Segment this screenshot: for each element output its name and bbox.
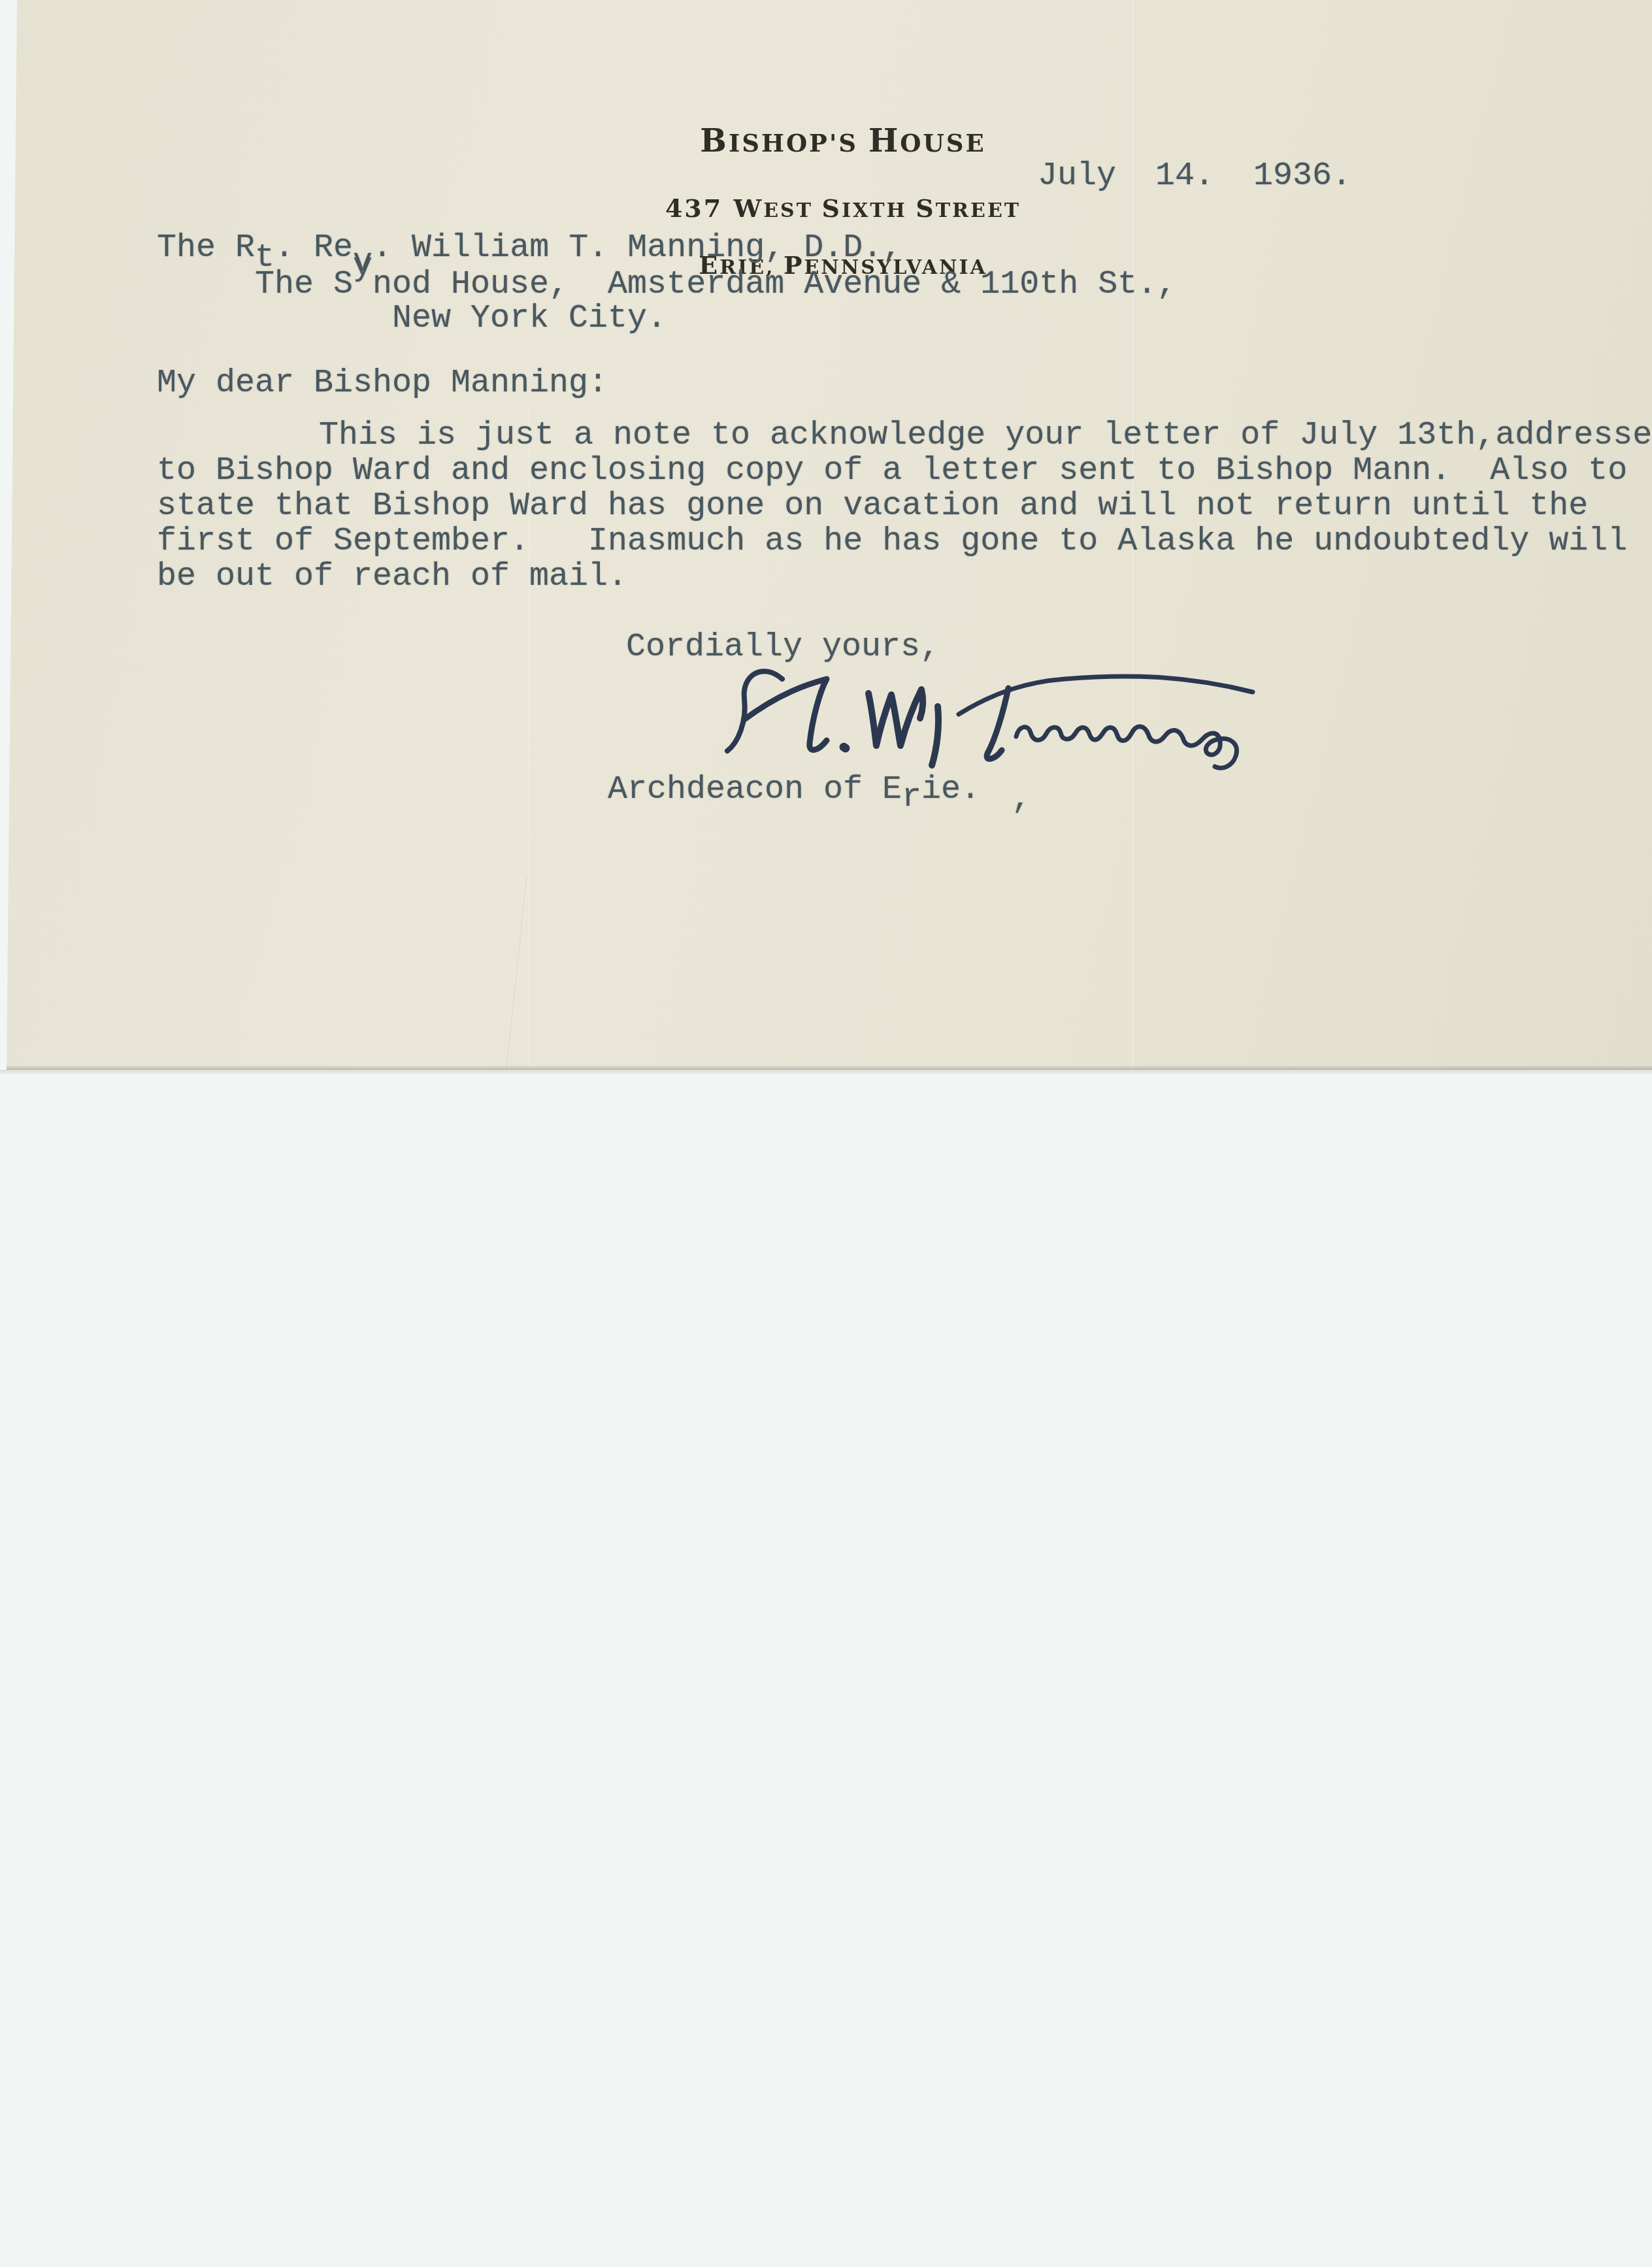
recipient-text: The S [255,266,353,303]
raised-letter: y [353,248,372,286]
body-line-2: to Bishop Ward and enclosing copy of a l… [157,454,1627,489]
letterhead-text: S [916,193,935,223]
dropped-letter: r [902,779,921,816]
letterhead-text: OUSE [900,129,985,157]
letterhead-text: EST [763,199,821,222]
signoff-line: Archdeacon of Erie., [608,772,980,808]
recipient-line-2: The Synod House, Amsterdam Avenue & 110t… [255,267,1176,303]
body-line-3: state that Bishop Ward has gone on vacat… [157,489,1588,524]
paper-shadow [0,1070,1652,1075]
recipient-text: The R [157,229,255,267]
body-line-1: This is just a note to acknowledge your … [319,418,1652,454]
body-line-4: first of September. Inasmuch as he has g… [157,524,1627,559]
letterhead-street: 437 WEST SIXTH STREET [614,193,1072,223]
recipient-line-3: New York City. [392,301,667,337]
recipient-text: . Re [274,229,353,267]
letterhead-text: B [700,123,729,159]
signature-ink-strokes [727,671,1253,768]
letter-paper: BISHOP'S HOUSE 437 WEST SIXTH STREET ERI… [0,0,1652,1070]
letterhead-name: BISHOP'S HOUSE [614,123,1072,159]
paper-bottom-edge [0,1065,1652,1070]
signoff-text: Archdeacon of E [608,771,902,808]
letterhead-text: S [821,193,841,223]
signoff-text: ie. [921,771,980,808]
diagonal-crease [506,876,528,1070]
signature-handwriting [722,650,1274,781]
recipient-text: nod House, Amsterdam Avenue & 110th St., [372,266,1176,303]
body-line-5: be out of reach of mail. [157,559,627,595]
scanned-letter: BISHOP'S HOUSE 437 WEST SIXTH STREET ERI… [0,0,1652,2267]
recipient-line-1: The Rt. Rev. William T. Manning, D.D., [157,231,902,266]
salutation: My dear Bishop Manning: [157,366,608,401]
date-line: July 14. 1936. [1038,159,1351,194]
recipient-text: . William T. Manning, D.D., [372,229,902,267]
letterhead-text: H [868,123,900,159]
letterhead-text: ISHOP'S [729,129,868,157]
stray-comma: , [1012,782,1031,817]
letterhead-text: 437 W [665,193,763,223]
letterhead-text: TREET [936,199,1021,222]
letterhead-text: IXTH [842,199,916,222]
